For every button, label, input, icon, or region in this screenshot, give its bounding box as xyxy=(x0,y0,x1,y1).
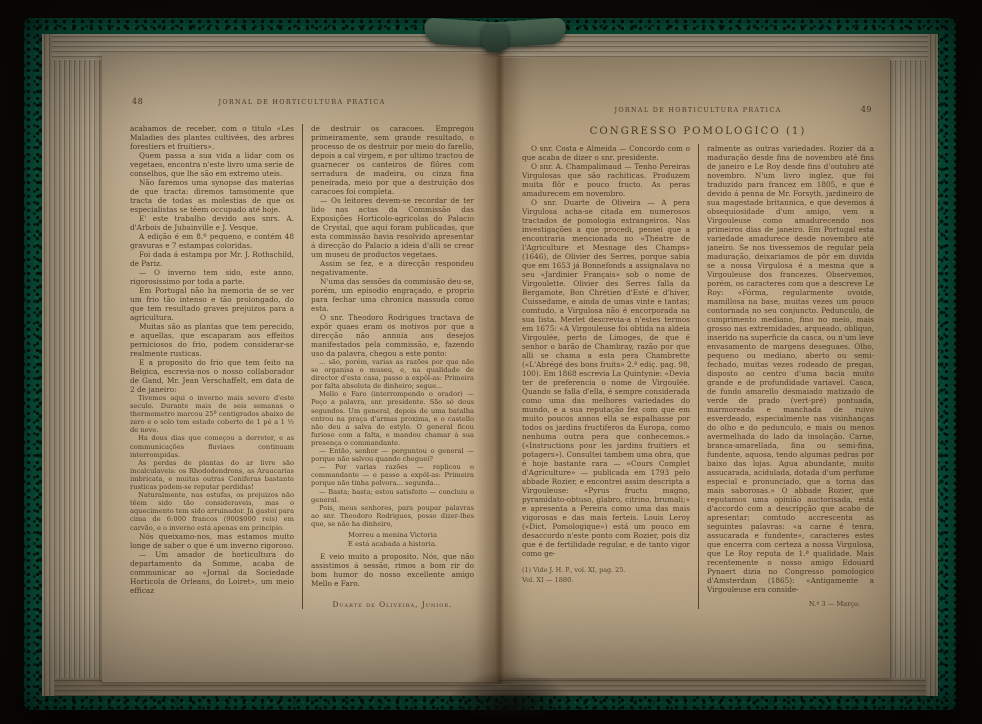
column-text: ralmente as outras variedades. Rozier dá… xyxy=(707,144,874,594)
right-page-columns: O snr. Costa e Almeida — Concordo com o … xyxy=(522,144,874,609)
paragraph: Naturalmente, nas estufas, os prejuizos … xyxy=(130,491,294,531)
left-page-text: 48 JORNAL DE HORTICULTURA PRATICA acabam… xyxy=(130,98,474,609)
footnote: (1) Vide J. H. P., vol. XI, pag. 25. xyxy=(522,566,690,574)
paragraph: Morreu a menina Victoria E está acabada … xyxy=(311,531,474,549)
paragraph: Quem passa a sua vida a lidar com os veg… xyxy=(130,151,294,178)
paragraph: Em Portugal não ha memoria de se ver um … xyxy=(130,286,294,322)
paragraph: — Então, senhor — perguntou o general — … xyxy=(311,447,474,463)
left-running-head: 48 JORNAL DE HORTICULTURA PRATICA xyxy=(130,98,474,110)
page-edges-right xyxy=(888,34,938,696)
section-heading: CONGRESSO POMOLOGICO (1) xyxy=(522,127,874,136)
paragraph: O snr. Theodoro Rodrigues tractava de ex… xyxy=(311,313,474,358)
ribbon-knot xyxy=(482,24,508,52)
paragraph: Muitas são as plantas que tem perecido, … xyxy=(130,322,294,358)
page-edges-left xyxy=(42,34,104,696)
paragraph: Assim se fez, e a direcção respondeu neg… xyxy=(311,259,474,277)
right-running-title: JORNAL DE HORTICULTURA PRATICA xyxy=(615,106,782,114)
left-page-column-1: acabamos de receber, com o titulo «Les M… xyxy=(130,124,302,609)
paragraph: As perdas de plantas do ar livre são inc… xyxy=(130,459,294,491)
paragraph: — O inverno tem sido, este anno, rigoros… xyxy=(130,268,294,286)
left-page: 48 JORNAL DE HORTICULTURA PRATICA acabam… xyxy=(102,54,498,682)
paragraph: ralmente as outras variedades. Rozier dá… xyxy=(707,144,874,594)
paragraph: O snr. A. Champalimaud — Tenho Pereiras … xyxy=(522,162,690,198)
paragraph: ... são, porém, varias as razões por que… xyxy=(311,358,474,390)
paragraph: — Um amador de horticultura do departame… xyxy=(130,550,294,595)
bookmark-ribbon xyxy=(424,8,566,58)
right-running-head: JORNAL DE HORTICULTURA PRATICA 49 xyxy=(522,106,874,118)
paragraph: A edição é em 8.º pequeno, e contém 48 g… xyxy=(130,232,294,250)
paragraph: Não faremos uma synopse das materias de … xyxy=(130,178,294,214)
paragraph: O snr. Costa e Almeida — Concordo com o … xyxy=(522,144,690,162)
paragraph: Pois, meus senhores, para poupar palavra… xyxy=(311,504,474,528)
paragraph: de destruir os caracoes. Empregou primei… xyxy=(311,124,474,196)
paragraph: — Os leitores devem-se recordar de ter l… xyxy=(311,196,474,259)
column-text: acabamos de receber, com o titulo «Les M… xyxy=(130,124,294,595)
volume-line: Vol. XI — 1880. xyxy=(522,576,690,585)
paragraph: N'uma das sessões da commissão deu-se, p… xyxy=(311,277,474,313)
photo-background: 48 JORNAL DE HORTICULTURA PRATICA acabam… xyxy=(0,0,982,724)
left-running-title: JORNAL DE HORTICULTURA PRATICA xyxy=(219,98,386,106)
column-text: O snr. Costa e Almeida — Concordo com o … xyxy=(522,144,690,558)
issue-line: N.º 3 — Março. xyxy=(707,600,874,609)
paragraph: E a proposito do frio que tem feito na B… xyxy=(130,358,294,394)
paragraph: — Basta; basta; estou satisfeito — concl… xyxy=(311,488,474,504)
article-signature: Duarte de Oliveira, Junior. xyxy=(311,600,474,609)
right-page-column-1: O snr. Costa e Almeida — Concordo com o … xyxy=(522,144,698,609)
right-page-text: JORNAL DE HORTICULTURA PRATICA 49 CONGRE… xyxy=(522,106,874,609)
column-text: de destruir os caracoes. Empregou primei… xyxy=(311,124,474,588)
left-page-column-2: de destruir os caracoes. Empregou primei… xyxy=(302,124,474,609)
paragraph: — Por varias razões — replicou o command… xyxy=(311,463,474,487)
left-page-number: 48 xyxy=(132,97,143,106)
paragraph: Foi dada á estampa por Mr. J. Rothschild… xyxy=(130,250,294,268)
right-page-column-2: ralmente as outras variedades. Rozier dá… xyxy=(698,144,874,609)
right-page-number: 49 xyxy=(861,105,872,114)
paragraph: Ha dous dias que começou a derreter, e a… xyxy=(130,434,294,458)
paragraph: acabamos de receber, com o titulo «Les M… xyxy=(130,124,294,151)
right-page: JORNAL DE HORTICULTURA PRATICA 49 CONGRE… xyxy=(498,58,890,678)
paragraph: Tivemos aqui o inverno mais severo d'est… xyxy=(130,394,294,434)
paragraph: Nós queixamo-nos, mas estamos muito long… xyxy=(130,532,294,550)
paragraph: E veio muito a proposito. Nós, que não a… xyxy=(311,552,474,588)
paragraph: Mello e Faro (interrompendo o orador) — … xyxy=(311,390,474,447)
book: 48 JORNAL DE HORTICULTURA PRATICA acabam… xyxy=(24,18,956,710)
left-page-columns: acabamos de receber, com o titulo «Les M… xyxy=(130,124,474,609)
paragraph: O snr. Duarte de Oliveira — A pera Virgu… xyxy=(522,198,690,558)
paragraph: E' este trabalho devido aos snrs. A. d'A… xyxy=(130,214,294,232)
